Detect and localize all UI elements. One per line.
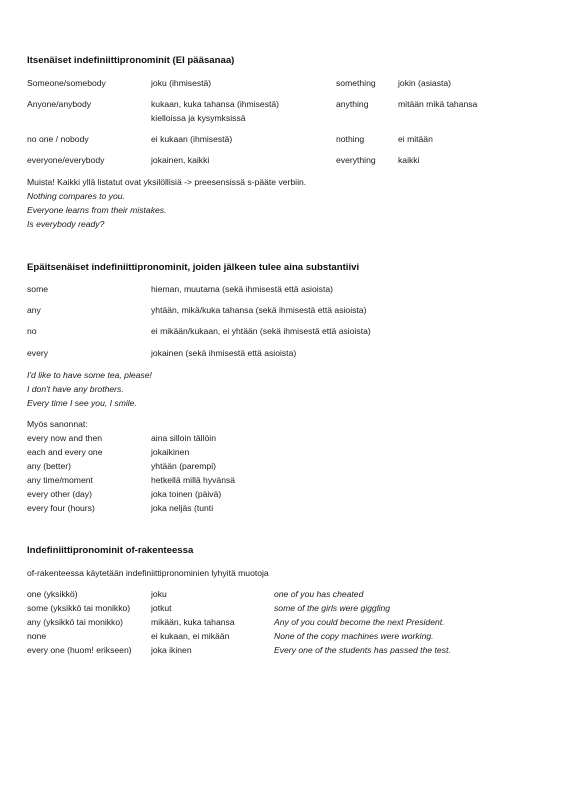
s3-row3-example: Any of you could become the next Preside…	[274, 617, 445, 627]
s2-saying-5-en: every other (day)	[27, 489, 92, 499]
s2-row1-en: some	[27, 284, 48, 294]
s1-row4-en-thing: everything	[336, 155, 376, 165]
s1-row1-en: Someone/somebody	[27, 78, 106, 88]
s1-row2-fi-thing: mitään mikä tahansa	[398, 99, 477, 109]
s2-example-3: Every time I see you, I smile.	[27, 398, 137, 408]
s2-row3-en: no	[27, 326, 37, 336]
s1-row2-fi2: kielloissa ja kysymksissä	[151, 113, 246, 123]
s2-saying-6-en: every four (hours)	[27, 503, 95, 513]
s1-row1-fi: joku (ihmisestä)	[151, 78, 211, 88]
s1-row1-en-thing: something	[336, 78, 376, 88]
s1-row4-fi-thing: kaikki	[398, 155, 420, 165]
s3-row4-en: none	[27, 631, 46, 641]
s2-saying-1-en: every now and then	[27, 433, 102, 443]
s2-saying-2-en: each and every one	[27, 447, 103, 457]
s1-example-3: Is everybody ready?	[27, 219, 104, 229]
s2-saying-5-fi: joka toinen (päivä)	[151, 489, 221, 499]
s1-row3-fi: ei kukaan (ihmisestä)	[151, 134, 232, 144]
s3-row5-en: every one (huom! erikseen)	[27, 645, 132, 655]
s2-saying-6-fi: joka neljäs (tunti	[151, 503, 213, 513]
s3-row1-en: one (yksikkö)	[27, 589, 78, 599]
s1-row3-en-thing: nothing	[336, 134, 364, 144]
s1-row3-en: no one / nobody	[27, 134, 89, 144]
s1-row2-en: Anyone/anybody	[27, 99, 91, 109]
s3-row1-fi: joku	[151, 589, 167, 599]
s3-row5-fi: joka ikinen	[151, 645, 192, 655]
s1-note: Muista! Kaikki yllä listatut ovat yksilö…	[27, 177, 306, 187]
s2-row4-en: every	[27, 348, 48, 358]
section1-heading: Itsenäiset indefiniittipronominit (EI pä…	[27, 55, 234, 67]
s3-row4-example: None of the copy machines were working.	[274, 631, 434, 641]
s2-saying-3-en: any (better)	[27, 461, 71, 471]
s1-row3-fi-thing: ei mitään	[398, 134, 433, 144]
s1-row2-fi: kukaan, kuka tahansa (ihmisestä)	[151, 99, 279, 109]
s2-row1-fi: hieman, muutama (sekä ihmisestä että asi…	[151, 284, 333, 294]
s3-row2-en: some (yksikkö tai monikko)	[27, 603, 130, 613]
s2-row2-en: any	[27, 305, 41, 315]
s3-row3-fi: mikään, kuka tahansa	[151, 617, 235, 627]
s1-row1-fi-thing: jokin (asiasta)	[398, 78, 451, 88]
s3-row5-example: Every one of the students has passed the…	[274, 645, 451, 655]
section3-heading: Indefiniittipronominit of-rakenteessa	[27, 545, 193, 557]
s2-row2-fi: yhtään, mikä/kuka tahansa (sekä ihmisest…	[151, 305, 366, 315]
s2-example-1: I'd like to have some tea, please!	[27, 370, 152, 380]
s2-row4-fi: jokainen (sekä ihmisestä että asioista)	[151, 348, 296, 358]
s2-sayings-label: Myös sanonnat:	[27, 419, 88, 429]
s1-example-1: Nothing compares to you.	[27, 191, 125, 201]
s1-row4-fi: jokainen, kaikki	[151, 155, 209, 165]
s3-row2-example: some of the girls were giggling	[274, 603, 390, 613]
s2-row3-fi: ei mikään/kukaan, ei yhtään (sekä ihmise…	[151, 326, 371, 336]
s2-saying-3-fi: yhtään (parempi)	[151, 461, 216, 471]
s3-row2-fi: jotkut	[151, 603, 172, 613]
s1-row4-en: everyone/everybody	[27, 155, 104, 165]
s3-row3-en: any (yksikkö tai monikko)	[27, 617, 123, 627]
s2-example-2: I don't have any brothers.	[27, 384, 124, 394]
s3-row4-fi: ei kukaan, ei mikään	[151, 631, 229, 641]
s2-saying-1-fi: aina silloin tällöin	[151, 433, 216, 443]
s3-row1-example: one of you has cheated	[274, 589, 363, 599]
s3-intro: of-rakenteessa käytetään indefiniittipro…	[27, 568, 269, 578]
s2-saying-4-en: any time/moment	[27, 475, 93, 485]
section2-heading: Epäitsenäiset indefiniittipronominit, jo…	[27, 262, 359, 274]
s2-saying-2-fi: jokaikinen	[151, 447, 189, 457]
s1-row2-en-thing: anything	[336, 99, 369, 109]
s2-saying-4-fi: hetkellä millä hyvänsä	[151, 475, 235, 485]
s1-example-2: Everyone learns from their mistakes.	[27, 205, 166, 215]
